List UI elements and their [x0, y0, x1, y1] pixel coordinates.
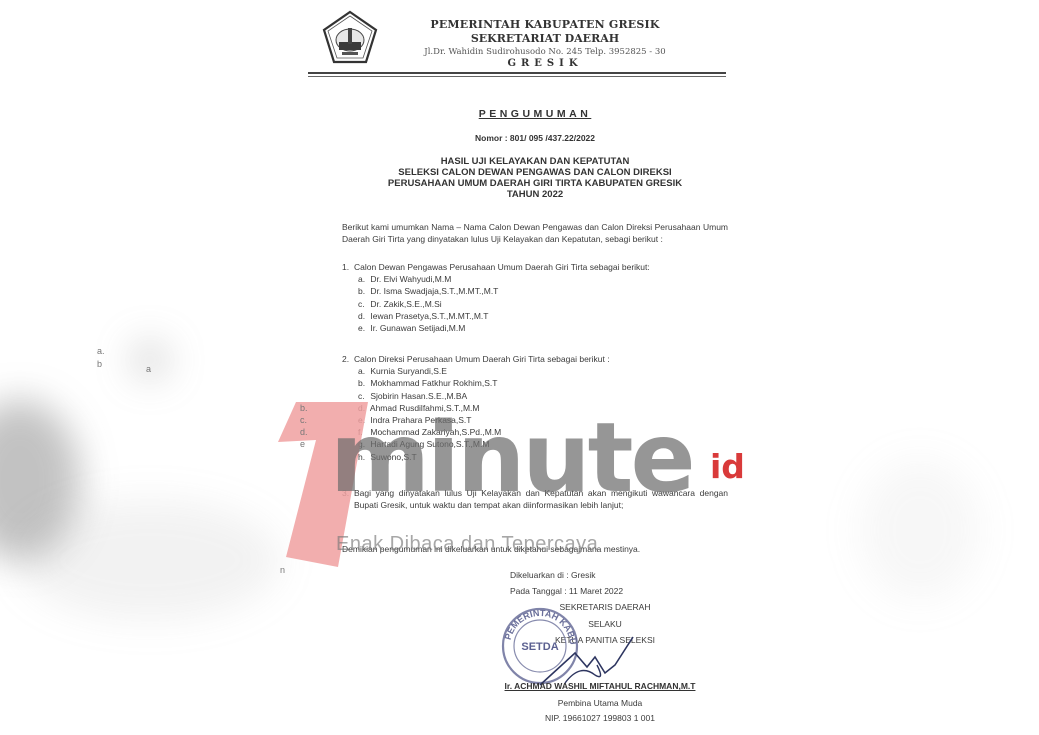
title-line: PERUSAHAAN UMUM DAERAH GIRI TIRTA KABUPA…	[340, 178, 730, 189]
section-directors: 2.Calon Direksi Perusahaan Umum Daerah G…	[342, 353, 728, 463]
document-page: PEMERINTAH KABUPATEN GRESIK SEKRETARIAT …	[300, 0, 740, 735]
candidate-name: Hartadi Agung Sutono,S.T.,M.M	[370, 439, 489, 449]
section-heading: 1.Calon Dewan Pengawas Perusahaan Umum D…	[342, 261, 728, 273]
letterhead-line1: PEMERINTAH KABUPATEN GRESIK	[385, 18, 705, 31]
gresik-coat-of-arms-icon	[322, 10, 378, 64]
title-line: TAHUN 2022	[340, 189, 730, 200]
item-letter: f.	[358, 426, 368, 438]
item-letter: g.	[358, 438, 368, 450]
letterhead-divider	[308, 72, 726, 74]
candidate-name: Mokhammad Fatkhur Rokhim,S.T	[370, 378, 497, 388]
issued-date: Pada Tanggal : 11 Maret 2022	[510, 584, 623, 600]
item-letter: e.	[358, 322, 368, 334]
closing-statement: Demikian pengumuman ini dikeluarkan untu…	[342, 543, 728, 555]
list-item: g. Hartadi Agung Sutono,S.T.,M.M	[342, 438, 728, 450]
signatory-name: Ir. ACHMAD WASHIL MIFTAHUL RACHMAN,M.T	[450, 681, 750, 691]
candidate-name: Mochammad Zakariyah,S.Pd.,M.M	[370, 427, 501, 437]
stray-mark: b	[97, 359, 102, 369]
candidate-name: Dr. Isma Swadjaja,S.T.,M.MT.,M.T	[370, 286, 498, 296]
list-item: e. Ir. Gunawan Setijadi,M.M	[342, 322, 728, 334]
candidate-name: Kurnia Suryandi,S.E	[370, 366, 447, 376]
item-letter: e.	[358, 414, 368, 426]
issued-place: Dikeluarkan di : Gresik	[510, 568, 623, 584]
letterhead-address: Jl.Dr. Wahidin Sudirohusodo No. 245 Telp…	[385, 47, 705, 57]
list-item: h. Suwono,S.T	[342, 451, 728, 463]
section-heading: 2.Calon Direksi Perusahaan Umum Daerah G…	[342, 353, 728, 365]
stray-mark: a	[146, 364, 151, 374]
stray-mark: a.	[97, 346, 105, 356]
letterhead-divider	[308, 76, 726, 77]
scan-smudge	[860, 460, 980, 600]
section-supervisory-board: 1.Calon Dewan Pengawas Perusahaan Umum D…	[342, 261, 728, 334]
list-item: d. Ahmad Rusdilfahmi,S.T.,M.M	[342, 402, 728, 414]
item-letter: c.	[358, 390, 368, 402]
candidate-name: Indra Prahara Perkasa,S.T	[370, 415, 471, 425]
signatory-rank: Pembina Utama Muda	[450, 696, 750, 711]
signatory-rank-nip: Pembina Utama Muda NIP. 19661027 199803 …	[450, 696, 750, 726]
list-item: f. Mochammad Zakariyah,S.Pd.,M.M	[342, 426, 728, 438]
item-letter: h.	[358, 451, 368, 463]
title-line: SELEKSI CALON DEWAN PENGAWAS DAN CALON D…	[340, 167, 730, 178]
candidate-name: Dr. Elvi Wahyudi,M.M	[370, 274, 451, 284]
list-item: b. Mokhammad Fatkhur Rokhim,S.T	[342, 377, 728, 389]
item-letter: b.	[358, 377, 368, 389]
intro-paragraph: Berikut kami umumkan Nama – Nama Calon D…	[342, 221, 728, 245]
candidate-name: Suwono,S.T	[370, 452, 416, 462]
scan-smudge	[20, 500, 280, 620]
candidate-name: Dr. Zakik,S.E.,M.Si	[370, 299, 441, 309]
issuance-info: Dikeluarkan di : Gresik Pada Tanggal : 1…	[510, 568, 623, 599]
letterhead-line2: SEKRETARIAT DAERAH	[385, 32, 705, 45]
list-item: c. Dr. Zakik,S.E.,M.Si	[342, 298, 728, 310]
item-letter: c.	[358, 298, 368, 310]
letterhead: PEMERINTAH KABUPATEN GRESIK SEKRETARIAT …	[385, 18, 705, 69]
list-item: b. Dr. Isma Swadjaja,S.T.,M.MT.,M.T	[342, 285, 728, 297]
document-heading: PENGUMUMAN	[340, 108, 730, 120]
list-item: d. Iewan Prasetya,S.T.,M.MT.,M.T	[342, 310, 728, 322]
item-letter: d.	[358, 310, 368, 322]
title-line: HASIL UJI KELAYAKAN DAN KEPATUTAN	[340, 156, 730, 167]
section-interview-note: 3. Bagi yang dinyatakan lulus Uji Kelaya…	[342, 487, 728, 511]
interview-note-text: Bagi yang dinyatakan lulus Uji Kelayakan…	[354, 487, 728, 511]
item-letter: d.	[358, 402, 368, 414]
list-item: e. Indra Prahara Perkasa,S.T	[342, 414, 728, 426]
item-letter: b.	[358, 285, 368, 297]
candidate-name: Ahmad Rusdilfahmi,S.T.,M.M	[370, 403, 480, 413]
list-item: c. Sjobirin Hasan.S.E.,M.BA	[342, 390, 728, 402]
candidate-name: Sjobirin Hasan.S.E.,M.BA	[370, 391, 467, 401]
list-item: a. Kurnia Suryandi,S.E	[342, 365, 728, 377]
letterhead-city: GRESIK	[385, 58, 705, 69]
document-number: Nomor : 801/ 095 /437.22/2022	[340, 133, 730, 143]
candidate-name: Ir. Gunawan Setijadi,M.M	[370, 323, 465, 333]
item-letter: a.	[358, 273, 368, 285]
stray-mark: n	[280, 565, 285, 575]
item-letter: a.	[358, 365, 368, 377]
scan-smudge	[130, 340, 170, 380]
list-item: a. Dr. Elvi Wahyudi,M.M	[342, 273, 728, 285]
signatory-nip: NIP. 19661027 199803 1 001	[450, 711, 750, 726]
candidate-name: Iewan Prasetya,S.T.,M.MT.,M.T	[370, 311, 488, 321]
document-title: HASIL UJI KELAYAKAN DAN KEPATUTAN SELEKS…	[340, 156, 730, 200]
